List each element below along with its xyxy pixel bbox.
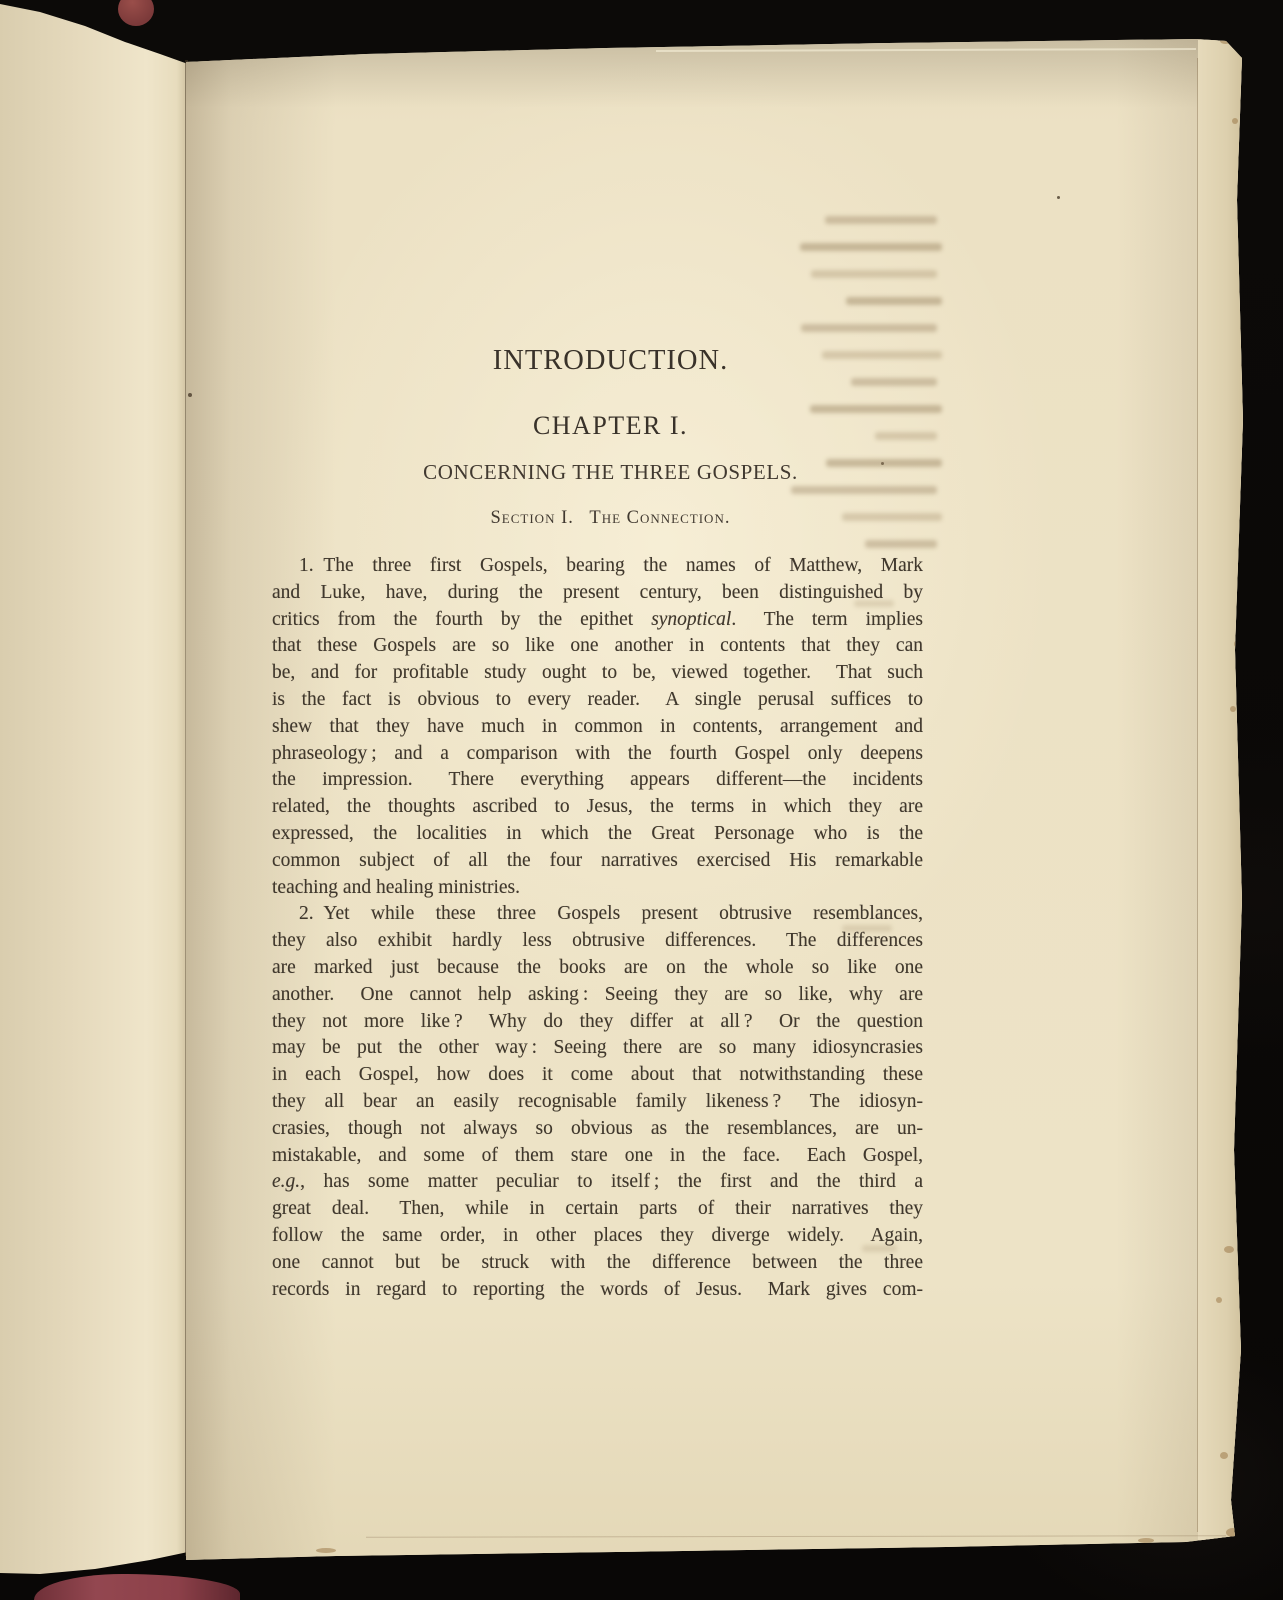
right-page: INTRODUCTION. CHAPTER I. CONCERNING THE …: [186, 0, 1245, 1600]
text-line: the impression. There everything appears…: [272, 767, 923, 794]
text-line: crasies, though not always so obvious as…: [272, 1116, 923, 1143]
text-line: one cannot but be struck with the differ…: [272, 1250, 923, 1277]
text-line: 1. The three first Gospels, bearing the …: [272, 553, 923, 580]
book-photo: { "colors": { "background": "#0a0807", "…: [0, 0, 1283, 1600]
foxing-spot: [1138, 1538, 1154, 1543]
foxing-spot: [1230, 706, 1236, 712]
bottom-sheet-edge-line: [366, 1535, 1226, 1538]
text-line: they not more like ? Why do they differ …: [272, 1009, 923, 1036]
text-line: they all bear an easily recognisable fam…: [272, 1089, 923, 1116]
page-content: INTRODUCTION. CHAPTER I. CONCERNING THE …: [272, 0, 923, 1400]
text-line: may be put the other way : Seeing there …: [272, 1035, 923, 1062]
foxing-spot: [1216, 1297, 1222, 1303]
text-line: that these Gospels are so like one anoth…: [272, 633, 923, 660]
text-line: mistakable, and some of them stare one i…: [272, 1143, 923, 1170]
text-line: expressed, the localities in which the G…: [272, 821, 923, 848]
foxing-spot: [316, 1548, 336, 1553]
text-line: be, and for profitable study ought to be…: [272, 660, 923, 687]
text-line: records in regard to reporting the words…: [272, 1277, 923, 1304]
paper-speck: [1057, 196, 1060, 199]
text-line: critics from the fourth by the epithet s…: [272, 607, 923, 634]
text-line: shew that they have much in common in co…: [272, 714, 923, 741]
text-line: are marked just because the books are on…: [272, 955, 923, 982]
left-page: [0, 0, 188, 1600]
foxing-spot: [1224, 1246, 1234, 1253]
page-title: INTRODUCTION.: [285, 347, 936, 376]
text-line: in each Gospel, how does it come about t…: [272, 1062, 923, 1089]
photo-scene: INTRODUCTION. CHAPTER I. CONCERNING THE …: [0, 0, 1283, 1600]
chapter-heading: CHAPTER I.: [285, 413, 936, 439]
foxing-spot: [1232, 118, 1238, 124]
text-line: teaching and healing ministries.: [272, 875, 923, 902]
text-line: 2. Yet while these three Gospels present…: [272, 901, 923, 928]
chapter-subtitle: CONCERNING THE THREE GOSPELS.: [285, 462, 936, 483]
text-line: they also exhibit hardly less obtrusive …: [272, 928, 923, 955]
fore-edge-shading: [1116, 0, 1200, 1600]
paragraph: 2. Yet while these three Gospels present…: [272, 901, 923, 1303]
text-line: and Luke, have, during the present centu…: [272, 580, 923, 607]
text-line: follow the same order, in other places t…: [272, 1223, 923, 1250]
text-line: related, the thoughts ascribed to Jesus,…: [272, 794, 923, 821]
text-line: another. One cannot help asking : Seeing…: [272, 982, 923, 1009]
text-line: is the fact is obvious to every reader. …: [272, 687, 923, 714]
paragraph: 1. The three first Gospels, bearing the …: [272, 553, 923, 901]
text-line: great deal. Then, while in certain parts…: [272, 1196, 923, 1223]
text-line: e.g., has some matter peculiar to itself…: [272, 1169, 923, 1196]
section-heading: Section I. The Connection.: [285, 509, 936, 528]
text-block: 1. The three first Gospels, bearing the …: [272, 553, 923, 1303]
page-stack-fore-edge: [1198, 40, 1245, 1540]
top-sheet-edge-line: [1197, 58, 1198, 1532]
text-line: common subject of all the four narrative…: [272, 848, 923, 875]
paper-speck: [188, 393, 192, 397]
text-line: phraseology ; and a comparison with the …: [272, 741, 923, 768]
foxing-spot: [1220, 1452, 1228, 1459]
